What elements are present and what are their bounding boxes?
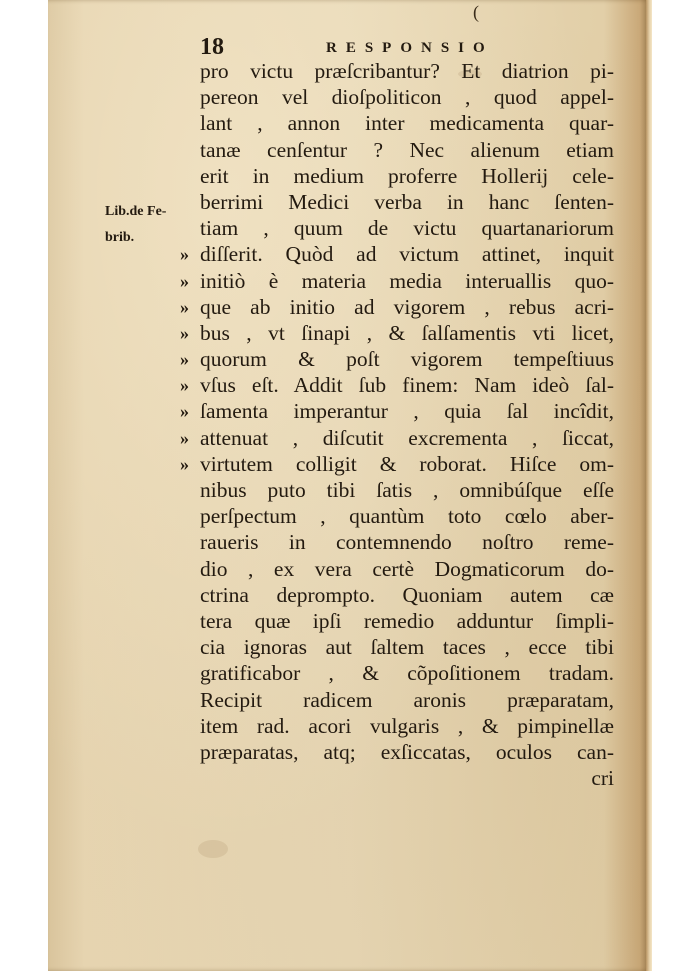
line-text: virtutem colligit & roborat. Hiſce om- xyxy=(200,452,614,476)
text-line: berrimi Medici verba in hanc ſenten- xyxy=(200,189,614,215)
line-text: item rad. acori vulgaris , & pimpinellæ xyxy=(200,714,614,738)
text-line: item rad. acori vulgaris , & pimpinellæ xyxy=(200,713,614,739)
quotation-mark-icon: » xyxy=(180,346,189,372)
line-text: quorum & poſt vigorem tempeſtiuus xyxy=(200,347,614,371)
marginal-gloss-line-2: brib. xyxy=(105,225,134,251)
line-text: initiò è materia media interuallis quo- xyxy=(200,269,614,293)
line-text: pro victu præſcribantur? Et diatrion pi- xyxy=(200,59,614,83)
line-text: raueris in contemnendo noſtro reme- xyxy=(200,530,614,554)
line-text: diſſerit. Quòd ad victum attinet, inquit xyxy=(200,242,614,266)
line-text: erit in medium proferre Hollerij cele- xyxy=(200,164,614,188)
line-text: tanæ cenſentur ? Nec alienum etiam xyxy=(200,138,614,162)
quotation-mark-icon: » xyxy=(180,294,189,320)
line-text: dio , ex vera certè Dogmaticorum do- xyxy=(200,557,614,581)
page-number: 18 xyxy=(200,34,224,61)
text-line: tera quæ ipſi remedio adduntur ſimpli- xyxy=(200,608,614,634)
quotation-mark-icon: » xyxy=(180,425,189,451)
top-mark: ( xyxy=(473,2,479,23)
line-text: præparatas, atq; exſiccatas, oculos can- xyxy=(200,740,614,764)
text-line: perſpectum , quantùm toto cœlo aber- xyxy=(200,503,614,529)
text-line: raueris in contemnendo noſtro reme- xyxy=(200,529,614,555)
text-line: pro victu præſcribantur? Et diatrion pi- xyxy=(200,58,614,84)
text-line: erit in medium proferre Hollerij cele- xyxy=(200,163,614,189)
line-text: attenuat , diſcutit excrementa , ſiccat, xyxy=(200,426,614,450)
line-text: ctrina deprompto. Quoniam autem cæ xyxy=(200,583,614,607)
quotation-mark-icon: » xyxy=(180,268,189,294)
text-line: tanæ cenſentur ? Nec alienum etiam xyxy=(200,137,614,163)
line-text: perſpectum , quantùm toto cœlo aber- xyxy=(200,504,614,528)
book-page: ( 18 RESPONSIO Lib.de Fe- brib. pro vict… xyxy=(48,0,652,971)
text-line: pereon vel dioſpoliticon , quod appel- xyxy=(200,84,614,110)
text-line: cia ignoras aut ſaltem taces , ecce tibi xyxy=(200,634,614,660)
line-text: que ab initio ad vigorem , rebus acri- xyxy=(200,295,614,319)
body-text: pro victu præſcribantur? Et diatrion pi-… xyxy=(200,58,614,791)
catchword: cri xyxy=(200,765,614,791)
text-line: »initiò è materia media interuallis quo- xyxy=(200,268,614,294)
text-line: nibus puto tibi ſatis , omnibúſque eſſe xyxy=(200,477,614,503)
line-text: gratificabor , & cõpoſitionem tradam. xyxy=(200,661,614,685)
line-text: cri xyxy=(591,766,614,790)
running-head: RESPONSIO xyxy=(326,40,494,57)
marginal-gloss-line-1: Lib.de Fe- xyxy=(105,199,166,225)
text-line: »ſamenta imperantur , quia ſal incîdit, xyxy=(200,398,614,424)
text-line: præparatas, atq; exſiccatas, oculos can- xyxy=(200,739,614,765)
text-line: »bus , vt ſinapi , & ſalſamentis vti lic… xyxy=(200,320,614,346)
quotation-mark-icon: » xyxy=(180,372,189,398)
text-line: dio , ex vera certè Dogmaticorum do- xyxy=(200,556,614,582)
line-text: berrimi Medici verba in hanc ſenten- xyxy=(200,190,614,214)
paper-stain xyxy=(198,840,228,858)
text-line: »vſus eſt. Addit ſub finem: Nam ideò ſal… xyxy=(200,372,614,398)
line-text: lant , annon inter medicamenta quar- xyxy=(200,111,614,135)
text-line: »virtutem colligit & roborat. Hiſce om- xyxy=(200,451,614,477)
line-text: Recipit radicem aronis præparatam, xyxy=(200,688,614,712)
line-text: ſamenta imperantur , quia ſal incîdit, xyxy=(200,399,614,423)
line-text: nibus puto tibi ſatis , omnibúſque eſſe xyxy=(200,478,614,502)
quotation-mark-icon: » xyxy=(180,241,189,267)
quotation-mark-icon: » xyxy=(180,451,189,477)
line-text: cia ignoras aut ſaltem taces , ecce tibi xyxy=(200,635,614,659)
line-text: tiam , quum de victu quartanariorum xyxy=(200,216,614,240)
text-line: »diſſerit. Quòd ad victum attinet, inqui… xyxy=(200,241,614,267)
quotation-mark-icon: » xyxy=(180,320,189,346)
text-line: »que ab initio ad vigorem , rebus acri- xyxy=(200,294,614,320)
text-line: tiam , quum de victu quartanariorum xyxy=(200,215,614,241)
text-line: »attenuat , diſcutit excrementa , ſiccat… xyxy=(200,425,614,451)
text-line: ctrina deprompto. Quoniam autem cæ xyxy=(200,582,614,608)
quotation-mark-icon: » xyxy=(180,398,189,424)
line-text: pereon vel dioſpoliticon , quod appel- xyxy=(200,85,614,109)
page-edge xyxy=(646,0,652,971)
line-text: vſus eſt. Addit ſub finem: Nam ideò ſal- xyxy=(200,373,614,397)
text-line: Recipit radicem aronis præparatam, xyxy=(200,687,614,713)
text-line: lant , annon inter medicamenta quar- xyxy=(200,110,614,136)
text-line: »quorum & poſt vigorem tempeſtiuus xyxy=(200,346,614,372)
line-text: bus , vt ſinapi , & ſalſamentis vti lice… xyxy=(200,321,614,345)
line-text: tera quæ ipſi remedio adduntur ſimpli- xyxy=(200,609,614,633)
text-line: gratificabor , & cõpoſitionem tradam. xyxy=(200,660,614,686)
